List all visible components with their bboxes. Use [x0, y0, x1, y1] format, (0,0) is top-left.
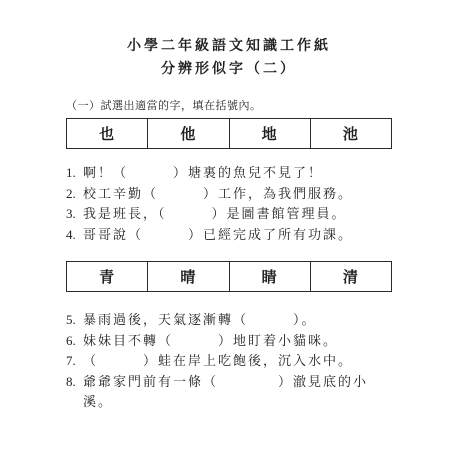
- question-row-4: 4. 哥哥說（ ）已經完成了所有功課。: [66, 225, 392, 246]
- question-text: （ ）蛙在岸上吃飽後，沉入水中。: [83, 351, 392, 372]
- question-text: 我是班長，（ ）是圖書館管理員。: [83, 204, 392, 225]
- char-bank-2-cell-3: 睛: [229, 262, 310, 292]
- char-bank-2-cell-4: 清: [310, 262, 391, 292]
- char-bank-table-2: 青 晴 睛 清: [66, 261, 392, 292]
- question-row-7: 7. （ ）蛙在岸上吃飽後，沉入水中。: [66, 351, 392, 372]
- char-bank-row: 青 晴 睛 清: [67, 262, 392, 292]
- question-text: 暴雨過後，天氣逐漸轉（ ）。: [83, 310, 392, 331]
- page-subtitle: 分辨形似字（二）: [66, 61, 392, 79]
- page-title: 小學二年級語文知識工作紙: [66, 38, 392, 56]
- char-bank-2-cell-2: 晴: [148, 262, 229, 292]
- char-bank-1-cell-3: 地: [229, 119, 310, 149]
- worksheet-content: 小學二年級語文知識工作紙 分辨形似字（二） （一）試選出適當的字，填在括號內。 …: [66, 0, 392, 413]
- question-number: 5.: [66, 310, 83, 331]
- question-number: 8.: [66, 372, 83, 413]
- question-text: 哥哥說（ ）已經完成了所有功課。: [83, 225, 392, 246]
- char-bank-2-cell-1: 青: [67, 262, 148, 292]
- question-text: 爺爺家門前有一條（ ）澈見底的小溪。: [83, 372, 392, 413]
- question-row-5: 5. 暴雨過後，天氣逐漸轉（ ）。: [66, 310, 392, 331]
- section1-instruction: （一）試選出適當的字，填在括號內。: [66, 99, 392, 114]
- question-row-8: 8. 爺爺家門前有一條（ ）澈見底的小溪。: [66, 372, 392, 413]
- char-bank-row: 也 他 地 池: [67, 119, 392, 149]
- question-text: 啊！（ ）塘裏的魚兒不見了！: [83, 163, 392, 184]
- char-bank-1-cell-2: 他: [148, 119, 229, 149]
- question-number: 3.: [66, 204, 83, 225]
- question-text: 校工辛勤（ ）工作，為我們服務。: [83, 184, 392, 205]
- question-number: 4.: [66, 225, 83, 246]
- char-bank-table-1: 也 他 地 池: [66, 118, 392, 149]
- questions-1-to-4: 1. 啊！（ ）塘裏的魚兒不見了！ 2. 校工辛勤（ ）工作，為我們服務。 3.…: [66, 163, 392, 245]
- questions-5-to-8: 5. 暴雨過後，天氣逐漸轉（ ）。 6. 妹妹目不轉（ ）地盯着小貓咪。 7. …: [66, 310, 392, 413]
- char-bank-1-cell-1: 也: [67, 119, 148, 149]
- question-row-2: 2. 校工辛勤（ ）工作，為我們服務。: [66, 184, 392, 205]
- question-row-6: 6. 妹妹目不轉（ ）地盯着小貓咪。: [66, 331, 392, 352]
- question-number: 1.: [66, 163, 83, 184]
- question-number: 7.: [66, 351, 83, 372]
- question-number: 6.: [66, 331, 83, 352]
- question-row-1: 1. 啊！（ ）塘裏的魚兒不見了！: [66, 163, 392, 184]
- char-bank-1-cell-4: 池: [310, 119, 391, 149]
- question-row-3: 3. 我是班長，（ ）是圖書館管理員。: [66, 204, 392, 225]
- question-number: 2.: [66, 184, 83, 205]
- question-text: 妹妹目不轉（ ）地盯着小貓咪。: [83, 331, 392, 352]
- worksheet-page: 小學二年級語文知識工作紙 分辨形似字（二） （一）試選出適當的字，填在括號內。 …: [0, 0, 453, 453]
